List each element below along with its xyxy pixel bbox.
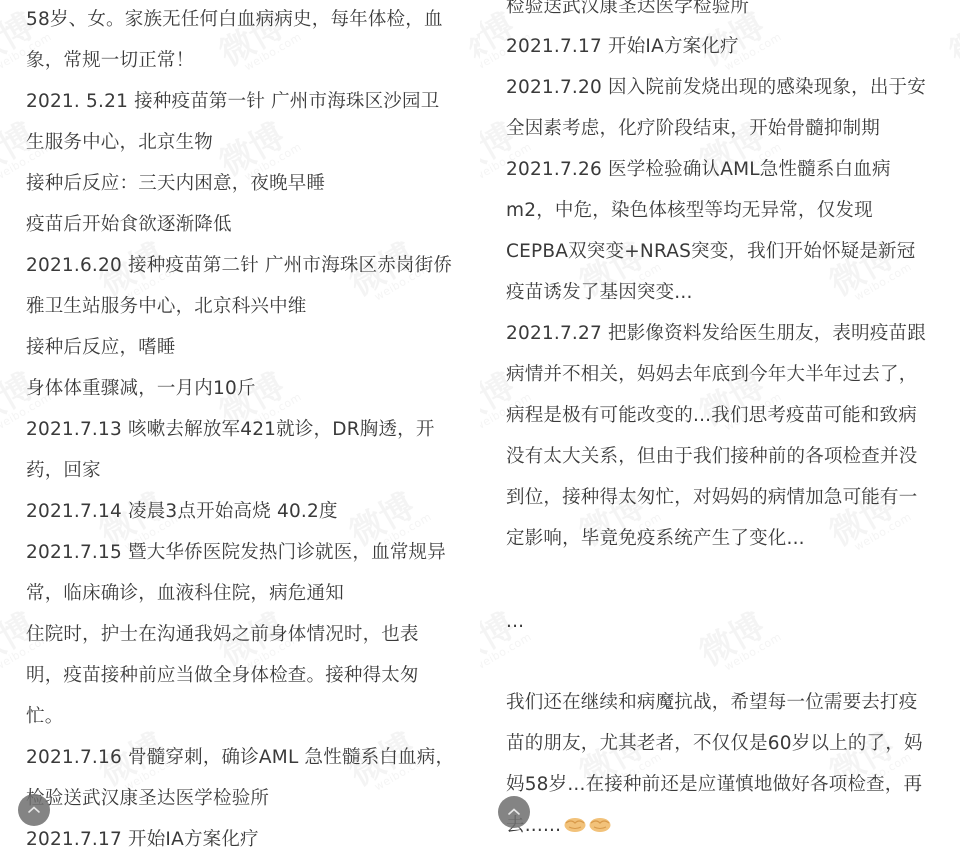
post-text-line: 苗的朋友，尤其老者，不仅仅是60岁以上的了，妈 (506, 731, 923, 757)
post-text-line: 身体体重骤减，一月内10斤 (26, 376, 256, 402)
right-screenshot-panel: 微博weibo.com微博weibo.com微博weibo.com微博weibo… (480, 0, 960, 853)
post-text-line: 全因素考虑，化疗阶段结束，开始骨髓抑制期 (506, 116, 880, 142)
post-text-line: 我们还在继续和病魔抗战，希望每一位需要去打疫 (506, 690, 917, 716)
post-text-line: 没有太大关系，但由于我们接种前的各项检查并没 (506, 444, 917, 470)
post-text-line: 2021.7.20 因入院前发烧出现的感染现象，出于安 (506, 75, 926, 101)
post-text-line: 2021.7.27 把影像资料发给医生朋友，表明疫苗跟 (506, 321, 926, 347)
handshake-emoji-icon (589, 815, 611, 831)
post-text-line: 常，临床确诊，血液科住院，病危通知 (26, 581, 344, 607)
post-text-line: 到位，接种得太匆忙，对妈妈的病情加急可能有一 (506, 485, 917, 511)
post-text-line: 2021.7.17 开始IA方案化疗 (26, 827, 259, 853)
chevron-up-icon (27, 805, 41, 815)
post-text-line: 检验送武汉康圣达医学检验所 (26, 786, 269, 812)
post-text-line: 象，常规一切正常！ (26, 48, 194, 74)
post-text-line: 药，回家 (26, 458, 101, 484)
post-text-line: 2021. 5.21 接种疫苗第一针 广州市海珠区沙园卫 (26, 89, 439, 115)
handshake-emoji-icon (564, 815, 586, 831)
post-text-line: 生服务中心，北京生物 (26, 130, 213, 156)
post-text-line: 2021.7.14 凌晨3点开始高烧 40.2度 (26, 499, 338, 525)
post-text-line: 雅卫生站服务中心，北京科兴中维 (26, 294, 307, 320)
scroll-to-top-button[interactable] (498, 796, 530, 828)
post-text-line: 忙。 (26, 704, 63, 730)
post-text-line: 疫苗后开始食欲逐渐降低 (26, 212, 232, 238)
post-text-line: 病情并不相关，妈妈去年底到今年大半年过去了， (506, 362, 917, 388)
post-text-line: 2021.7.17 开始IA方案化疗 (506, 34, 739, 60)
post-text-line: 2021.7.26 医学检验确认AML急性髓系白血病 (506, 157, 891, 183)
post-text-line: 妈58岁...在接种前还是应谨慎地做好各项检查，再 (506, 772, 922, 798)
scroll-to-top-button[interactable] (18, 794, 50, 826)
post-text-line: 定影响，毕竟免疫系统产生了变化... (506, 526, 805, 552)
weibo-watermark: 微博weibo.com (944, 3, 960, 79)
post-text-line: 接种后反应，嗜睡 (26, 335, 176, 361)
post-text-line: 明，疫苗接种前应当做全身体检查。接种得太匆 (26, 663, 419, 689)
post-text-line: 接种后反应：三天内困意，夜晚早睡 (26, 171, 325, 197)
post-text-line: 2021.7.15 暨大华侨医院发热门诊就医，血常规异 (26, 540, 446, 566)
chevron-up-icon (507, 807, 521, 817)
weibo-watermark: 微博weibo.com (464, 3, 480, 79)
post-text-line: 2021.7.16 骨髓穿刺，确诊AML 急性髓系白血病， (26, 745, 454, 771)
weibo-watermark: 微博weibo.com (694, 603, 783, 679)
post-text-line: 病程是极有可能改变的...我们思考疫苗可能和致病 (506, 403, 917, 429)
post-text-line: ... (506, 609, 524, 635)
post-text-line: 2021.6.20 接种疫苗第二针 广州市海珠区赤岗街侨 (26, 253, 452, 279)
post-text-line: CEPBA双突变+NRAS突变，我们开始怀疑是新冠 (506, 239, 915, 265)
post-text-line: 2021.7.13 咳嗽去解放军421就诊，DR胸透，开 (26, 417, 435, 443)
left-screenshot-panel: 微博weibo.com微博weibo.com微博weibo.com微博weibo… (0, 0, 480, 853)
post-text-line: 疫苗诱发了基因突变... (506, 280, 693, 306)
post-text-line: m2，中危，染色体核型等均无异常，仅发现 (506, 198, 873, 224)
post-text-line: 住院时，护士在沟通我妈之前身体情况时，也表 (26, 622, 419, 648)
post-text-line: 58岁、女。家族无任何白血病病史，每年体检，血 (26, 7, 443, 33)
post-text-line: 检验送武汉康圣达医学检验所 (506, 0, 749, 20)
